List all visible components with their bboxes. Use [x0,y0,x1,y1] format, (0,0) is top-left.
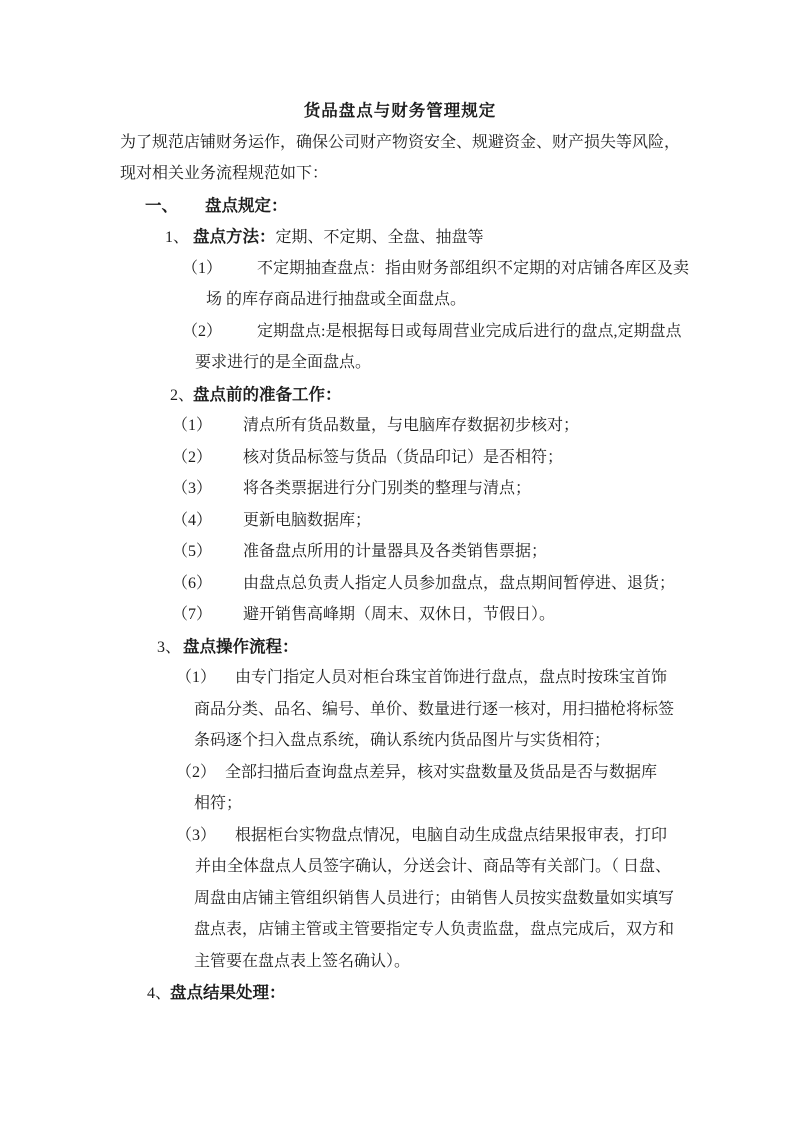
item-1-3-heading: 3、盘点操作流程： [0,631,800,663]
item-1-1-sub-1-line-2-run-0: 场 的库存商品进行抽盘或全面盘点。 [206,284,466,316]
item-1-3-sub-2-line-1-run-0: （2） [176,757,225,789]
item-1-2-sub-4-run-0: （4） [172,505,243,537]
section-1-heading: 一、盘点规定： [0,190,800,222]
item-1-4-heading: 4、盘点结果处理： [0,977,800,1009]
document-body: 货品盘点与财务管理规定为了规范店铺财务运作，确保公司财产物资安全、规避资金、财产… [0,95,800,1009]
item-1-3-sub-1-line-1: （1）由专门指定人员对柜台珠宝首饰进行盘点，盘点时按珠宝首饰 [0,662,800,694]
item-1-1-heading: 1、盘点方法：定期、不定期、全盘、抽盘等 [0,221,800,253]
item-1-2-sub-4-run-1: 更新电脑数据库； [243,505,371,537]
item-1-4-heading-run-0: 4、 [147,978,170,1010]
item-1-3-sub-1-line-3: 条码逐个扫入盘点系统，确认系统内货品图片与实货相符； [0,725,800,757]
item-1-3-sub-3-line-1-run-0: （3） [176,820,235,852]
item-1-2-sub-3-run-0: （3） [172,473,243,505]
item-1-3-sub-3-line-3: 周盘由店铺主管组织销售人员进行；由销售人员按实盘数量如实填写 [0,883,800,915]
item-1-3-sub-3-line-5: 主管要在盘点表上签名确认）。 [0,946,800,978]
doc-title: 货品盘点与财务管理规定 [0,95,800,127]
item-1-3-sub-3-line-3-run-0: 周盘由店铺主管组织销售人员进行；由销售人员按实盘数量如实填写 [194,883,674,915]
intro-line-1: 为了规范店铺财务运作，确保公司财产物资安全、规避资金、财产损失等风险， [0,127,800,159]
item-1-3-sub-3-line-2: 并由全体盘点人员签字确认，分送会计、商品等有关部门。（ 日盘、 [0,851,800,883]
item-1-2-sub-3-run-1: 将各类票据进行分门别类的整理与清点； [243,473,531,505]
item-1-2-heading: 2、盘点前的准备工作： [0,379,800,411]
item-1-1-sub-1-line-2: 场 的库存商品进行抽盘或全面盘点。 [0,284,800,316]
item-1-1-sub-1-line-1-run-1: 不定期抽查盘点：指由财务部组织不定期的对店铺各库区及卖 [257,253,689,285]
item-1-3-sub-3-line-4-run-0: 盘点表，店铺主管或主管要指定专人负责监盘，盘点完成后，双方和 [194,914,674,946]
item-1-1-sub-2-line-2: 要求进行的是全面盘点。 [0,347,800,379]
item-1-2-sub-5-run-0: （5） [172,536,243,568]
intro-line-2-run-0: 现对相关业务流程规范如下： [120,158,328,190]
item-1-2-sub-7-run-1: 避开销售高峰期（周末、双休日，节假日）。 [243,599,555,631]
item-1-2-sub-7-run-0: （7） [172,599,243,631]
item-1-2-heading-run-0: 2、 [170,380,193,412]
item-1-2-sub-4: （4）更新电脑数据库； [0,505,800,537]
item-1-3-sub-2-line-1: （2）全部扫描后查询盘点差异，核对实盘数量及货品是否与数据库 [0,757,800,789]
item-1-3-sub-3-line-5-run-0: 主管要在盘点表上签名确认）。 [194,946,410,978]
item-1-3-sub-3-line-2-run-0: 并由全体盘点人员签字确认，分送会计、商品等有关部门。（ 日盘、 [195,851,671,883]
item-1-2-sub-2: （2）核对货品标签与货品（货品印记）是否相符； [0,442,800,474]
item-1-2-sub-7: （7）避开销售高峰期（周末、双休日，节假日）。 [0,599,800,631]
item-1-2-sub-1-run-1: 清点所有货品数量，与电脑库存数据初步核对； [243,410,579,442]
item-1-2-sub-3: （3）将各类票据进行分门别类的整理与清点； [0,473,800,505]
item-1-2-sub-5-run-1: 准备盘点所用的计量器具及各类销售票据； [243,536,547,568]
item-1-3-sub-2-line-2-run-0: 相符； [194,788,242,820]
item-1-1-sub-2-line-1-run-1: 定期盘点:是根据每日或每周营业完成后进行的盘点,定期盘点 [257,316,681,348]
item-1-3-sub-2-line-1-run-1: 全部扫描后查询盘点差异，核对实盘数量及货品是否与数据库 [225,757,657,789]
intro-line-2: 现对相关业务流程规范如下： [0,158,800,190]
item-1-3-sub-3-line-1-run-1: 根据柜台实物盘点情况，电脑自动生成盘点结果报审表，打印 [235,820,667,852]
item-1-3-sub-1-line-2-run-0: 商品分类、品名、编号、单价、数量进行逐一核对，用扫描枪将标签 [194,694,674,726]
item-1-2-sub-2-run-0: （2） [172,442,243,474]
item-1-3-sub-2-line-2: 相符； [0,788,800,820]
item-1-3-heading-run-1: 盘点操作流程： [183,631,299,663]
item-1-2-sub-6: （6）由盘点总负责人指定人员参加盘点，盘点期间暂停进、退货； [0,568,800,600]
item-1-2-sub-6-run-0: （6） [172,568,243,600]
document-page: 货品盘点与财务管理规定为了规范店铺财务运作，确保公司财产物资安全、规避资金、财产… [0,0,800,1132]
item-1-1-sub-2-line-1-run-0: （2） [182,316,257,348]
item-1-3-sub-3-line-4: 盘点表，店铺主管或主管要指定专人负责监盘，盘点完成后，双方和 [0,914,800,946]
item-1-1-sub-1-line-1-run-0: （1） [182,253,257,285]
item-1-3-sub-3-line-1: （3）根据柜台实物盘点情况，电脑自动生成盘点结果报审表，打印 [0,820,800,852]
item-1-3-sub-1-line-1-run-0: （1） [176,662,235,694]
item-1-1-heading-run-0: 1、 [165,222,193,254]
intro-line-1-run-0: 为了规范店铺财务运作，确保公司财产物资安全、规避资金、财产损失等风险， [120,127,680,159]
item-1-2-sub-1-run-0: （1） [172,410,243,442]
item-1-1-sub-2-line-2-run-0: 要求进行的是全面盘点。 [195,347,371,379]
item-1-1-sub-1-line-1: （1）不定期抽查盘点：指由财务部组织不定期的对店铺各库区及卖 [0,253,800,285]
item-1-2-sub-6-run-1: 由盘点总负责人指定人员参加盘点，盘点期间暂停进、退货； [243,568,675,600]
item-1-2-sub-5: （5）准备盘点所用的计量器具及各类销售票据； [0,536,800,568]
item-1-3-sub-1-line-1-run-1: 由专门指定人员对柜台珠宝首饰进行盘点，盘点时按珠宝首饰 [235,662,667,694]
item-1-1-heading-run-1: 盘点方法： [193,221,276,253]
item-1-2-sub-2-run-1: 核对货品标签与货品（货品印记）是否相符； [243,442,563,474]
item-1-3-sub-1-line-2: 商品分类、品名、编号、单价、数量进行逐一核对，用扫描枪将标签 [0,694,800,726]
item-1-4-heading-run-1: 盘点结果处理： [170,977,286,1009]
section-1-heading-run-0: 一、 [145,190,205,222]
item-1-1-heading-run-2: 定期、不定期、全盘、抽盘等 [276,222,484,254]
item-1-2-sub-1: （1）清点所有货品数量，与电脑库存数据初步核对； [0,410,800,442]
section-1-heading-run-1: 盘点规定： [205,190,288,222]
doc-title-run-0: 货品盘点与财务管理规定 [304,95,497,127]
item-1-1-sub-2-line-1: （2）定期盘点:是根据每日或每周营业完成后进行的盘点,定期盘点 [0,316,800,348]
item-1-3-heading-run-0: 3、 [157,632,183,664]
item-1-3-sub-1-line-3-run-0: 条码逐个扫入盘点系统，确认系统内货品图片与实货相符； [194,725,610,757]
item-1-2-heading-run-1: 盘点前的准备工作： [193,379,342,411]
